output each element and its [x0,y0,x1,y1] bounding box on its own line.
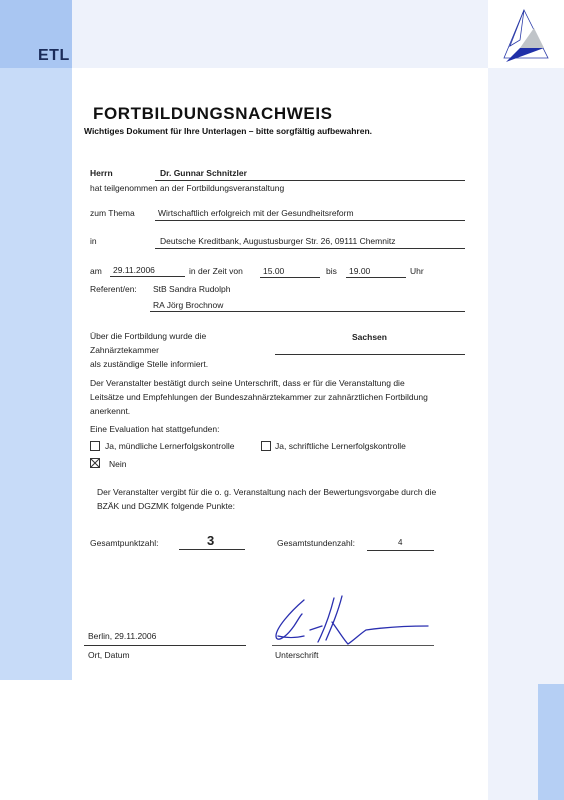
signature-line [272,645,434,646]
checkbox-oral-exam[interactable] [90,441,100,451]
total-hours-label: Gesamtstundenzahl: [277,538,355,548]
time-unit: Uhr [410,266,424,276]
evaluation-label: Eine Evaluation hat stattgefunden: [90,424,219,434]
topic-value: Wirtschaftlich erfolgreich mit der Gesun… [158,208,354,218]
points-text-1: Der Veranstalter vergibt für die o. g. V… [97,487,436,497]
place-date-value: Berlin, 29.11.2006 [88,631,156,641]
chamber-text-3: als zuständige Stelle informiert. [90,359,208,369]
confirmation-line-3: anerkennt. [90,406,130,416]
left-strip [0,68,72,680]
document-title: FORTBILDUNGSNACHWEIS [93,104,333,124]
total-hours-value: 4 [398,538,402,547]
signature-label: Unterschrift [275,650,318,660]
triangle-logo-icon [500,6,550,62]
signature-scribble [270,592,430,652]
confirmation-line-1: Der Veranstalter bestätigt durch seine U… [90,378,405,388]
time-to-line [346,277,406,278]
total-points-line [179,549,245,550]
location-value: Deutsche Kreditbank, Augustusburger Str.… [160,236,395,246]
option-oral-exam-label: Ja, mündliche Lernerfolgskontrolle [105,441,234,451]
points-text-2: BZÄK und DGZMK folgende Punkte: [97,501,235,511]
header-band [72,0,488,68]
chamber-text-1: Über die Fortbildung wurde die [90,331,206,341]
time-to-value: 19.00 [349,266,370,276]
document-subtitle: Wichtiges Dokument für Ihre Unterlagen –… [84,126,372,136]
brand-label: ETL [38,47,70,65]
attended-text: hat teilgenommen an der Fortbildungsvera… [90,183,284,193]
total-points-value: 3 [207,533,214,548]
topic-line [155,220,465,221]
chamber-line [275,354,465,355]
participant-name: Dr. Gunnar Schnitzler [160,168,247,178]
location-line [155,248,465,249]
check-x-icon [91,459,99,467]
speaker-2: RA Jörg Brochnow [153,300,223,310]
time-from-line [260,277,320,278]
chamber-value: Sachsen [352,332,387,342]
speakers-line [150,311,465,312]
date-label: am [90,266,102,276]
time-to-label: bis [326,266,337,276]
chamber-text-2: Zahnärztekammer [90,345,159,355]
name-line [155,180,465,181]
right-strip-accent [538,684,564,800]
place-date-line [84,645,246,646]
total-hours-line [367,550,434,551]
confirmation-line-2: Leitsätze und Empfehlungen der Bundeszah… [90,392,428,402]
total-points-label: Gesamtpunktzahl: [90,538,159,548]
salutation-label: Herrn [90,168,113,178]
topic-label: zum Thema [90,208,135,218]
checkbox-none[interactable] [90,458,100,468]
date-value: 29.11.2006 [113,265,155,275]
speakers-label: Referent/en: [90,284,137,294]
date-line [110,276,185,277]
time-from-label: in der Zeit von [189,266,243,276]
speaker-1: StB Sandra Rudolph [153,284,231,294]
option-none-label: Nein [109,459,126,469]
checkbox-written-exam[interactable] [261,441,271,451]
time-from-value: 15.00 [263,266,284,276]
option-written-exam-label: Ja, schriftliche Lernerfolgskontrolle [275,441,406,451]
location-label: in [90,236,97,246]
place-date-label: Ort, Datum [88,650,130,660]
